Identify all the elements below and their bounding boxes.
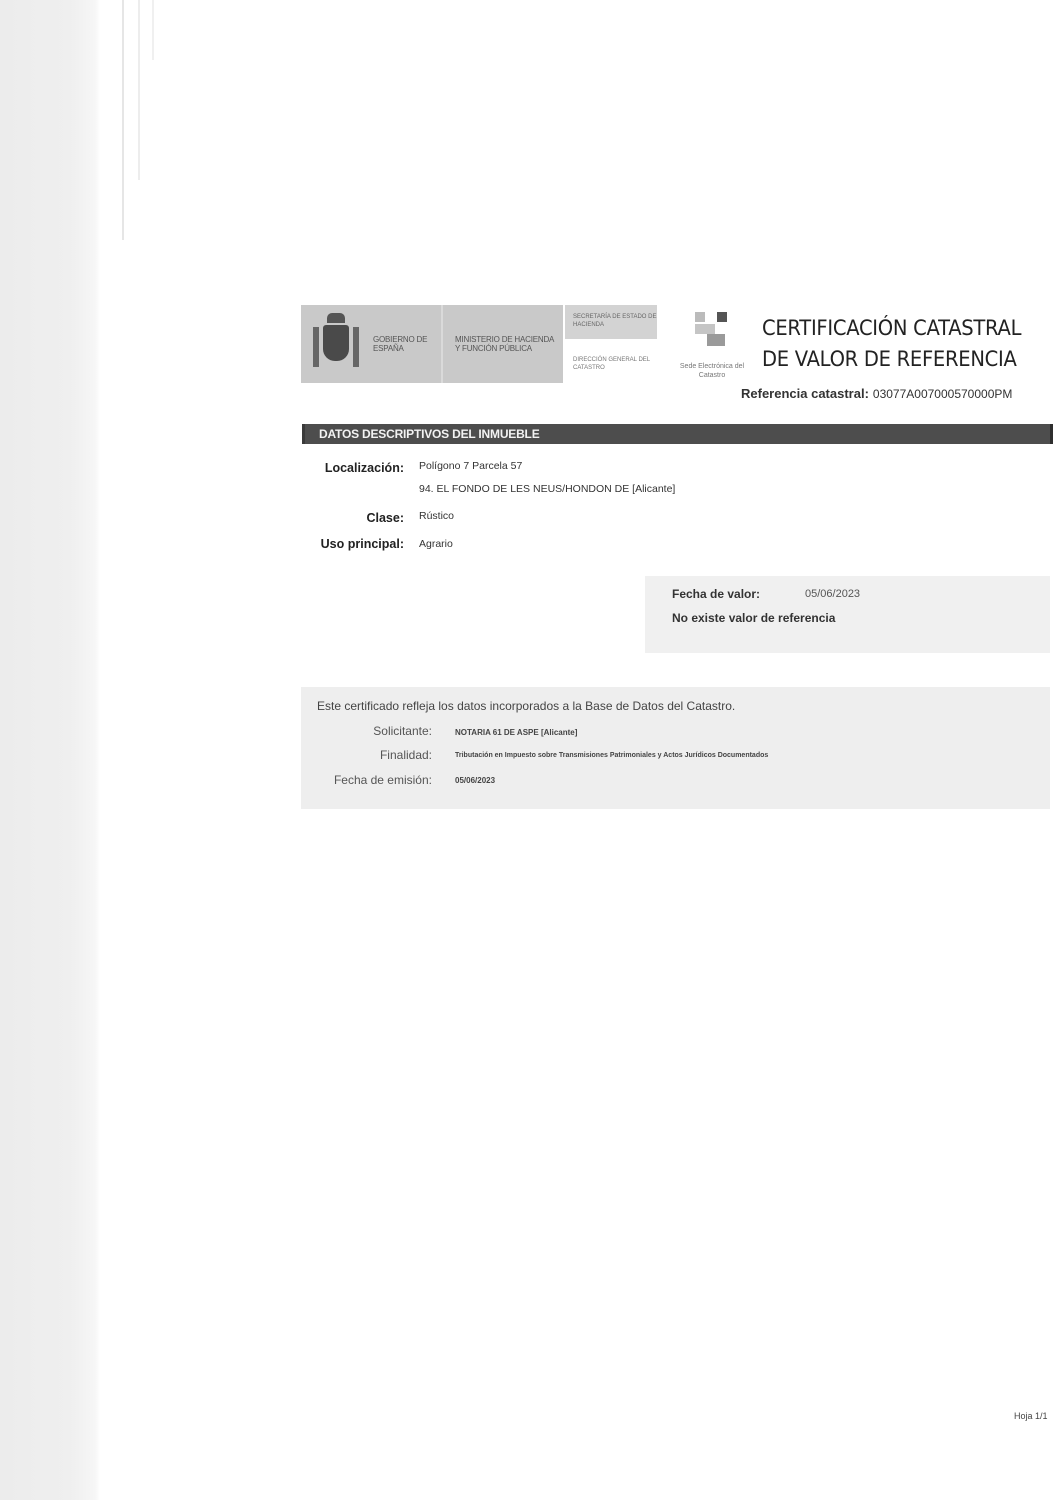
localizacion-line-1: Polígono 7 Parcela 57 xyxy=(419,460,522,472)
ministry-name: MINISTERIO DE HACIENDA Y FUNCIÓN PÚBLICA xyxy=(455,335,555,353)
ref-label: Referencia catastral: xyxy=(741,386,869,401)
scan-artifact xyxy=(122,0,124,240)
solicitante-value: NOTARIA 61 DE ASPE [Alicante] xyxy=(455,728,577,737)
referencia-catastral: Referencia catastral:03077A007000570000P… xyxy=(741,386,1012,401)
certificate-intro: Este certificado refleja los datos incor… xyxy=(317,699,735,713)
clase-label: Clase: xyxy=(294,511,404,525)
ref-value: 03077A007000570000PM xyxy=(873,387,1012,401)
sede-electronica-label: Sede Electrónica del Catastro xyxy=(679,362,745,380)
fecha-emision-value: 05/06/2023 xyxy=(455,776,495,785)
title-line-1: CERTIFICACIÓN CATASTRAL xyxy=(762,313,1032,344)
direccion-label: DIRECCIÓN GENERAL DEL CATASTRO xyxy=(573,356,663,372)
coat-of-arms-icon xyxy=(313,313,359,375)
sede-electronica-logo-icon xyxy=(695,312,729,346)
finalidad-label: Finalidad: xyxy=(317,748,432,762)
secretaria-label: SECRETARÍA DE ESTADO DE HACIENDA xyxy=(565,305,657,339)
scan-artifact xyxy=(152,0,154,60)
localizacion-label: Localización: xyxy=(294,461,404,475)
uso-principal-value: Agrario xyxy=(419,538,453,550)
finalidad-value: Tributación en Impuesto sobre Transmisio… xyxy=(455,752,768,759)
title-line-2: DE VALOR DE REFERENCIA xyxy=(762,344,1032,375)
uso-principal-label: Uso principal: xyxy=(294,537,404,551)
valor-box: Fecha de valor: 05/06/2023 No existe val… xyxy=(645,576,1050,653)
certificate-info-box: Este certificado refleja los datos incor… xyxy=(301,687,1050,809)
fecha-valor-value: 05/06/2023 xyxy=(805,588,860,600)
page-number: Hoja 1/1 xyxy=(1014,1411,1048,1421)
fecha-valor-label: Fecha de valor: xyxy=(672,587,760,601)
government-logo-band: GOBIERNO DE ESPAÑA MINISTERIO DE HACIEND… xyxy=(301,305,563,383)
solicitante-label: Solicitante: xyxy=(317,724,432,738)
clase-value: Rústico xyxy=(419,510,454,522)
gov-name: GOBIERNO DE ESPAÑA xyxy=(373,335,433,353)
valor-status: No existe valor de referencia xyxy=(672,611,835,625)
document-title: CERTIFICACIÓN CATASTRAL DE VALOR DE REFE… xyxy=(762,313,1032,375)
section-header: DATOS DESCRIPTIVOS DEL INMUEBLE xyxy=(302,424,1053,444)
section-title: DATOS DESCRIPTIVOS DEL INMUEBLE xyxy=(319,427,540,441)
scan-artifact xyxy=(138,0,140,180)
fecha-emision-label: Fecha de emisión: xyxy=(317,773,432,787)
scan-shadow xyxy=(0,0,100,1500)
localizacion-line-2: 94. EL FONDO DE LES NEUS/HONDON DE [Alic… xyxy=(419,483,675,495)
divider xyxy=(441,305,443,383)
